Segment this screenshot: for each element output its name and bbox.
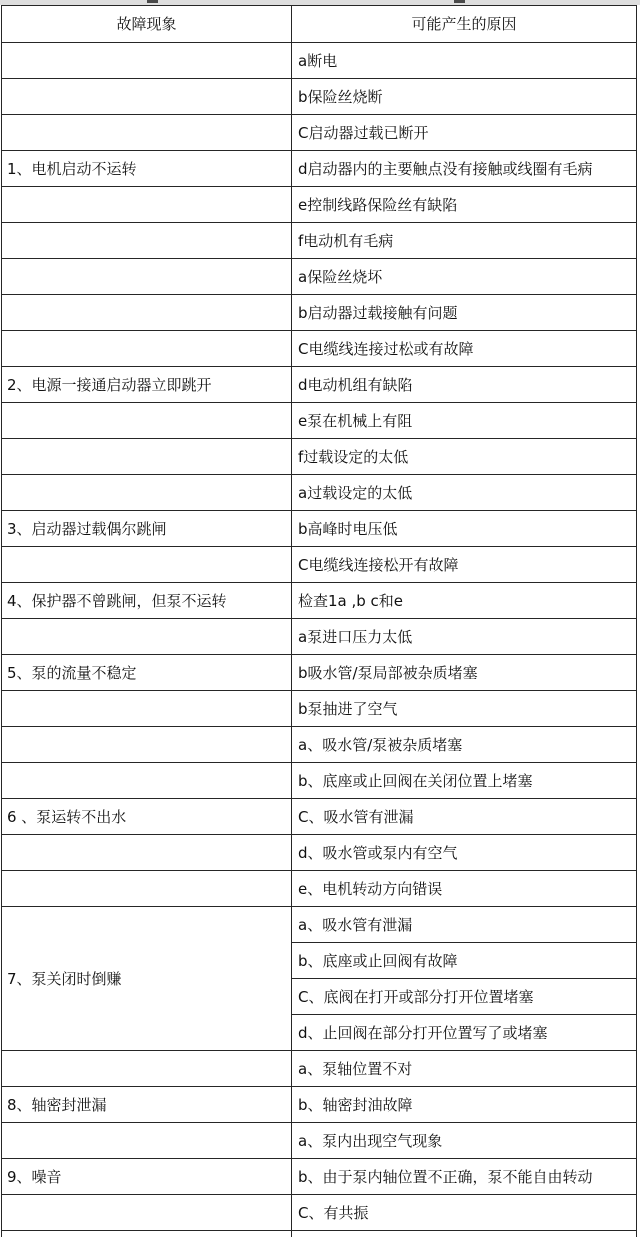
fault-cell — [2, 187, 292, 223]
cause-cell: b保险丝烧断 — [292, 79, 637, 115]
fault-cell: 3、启动器过载偶尔跳闸 — [2, 511, 292, 547]
table-row: f电动机有毛病 — [2, 223, 637, 259]
table-row: C启动器过载已断开 — [2, 115, 637, 151]
cause-cell: a泵进口压力太低 — [292, 619, 637, 655]
cause-cell: e、电机转动方向错误 — [292, 871, 637, 907]
cause-cell: d启动器内的主要触点没有接触或线圈有毛病 — [292, 151, 637, 187]
table-body: a断电b保险丝烧断C启动器过载已断开1、电机启动不运转d启动器内的主要触点没有接… — [2, 43, 637, 1237]
fault-cell — [2, 1231, 292, 1237]
cause-cell: C电缆线连接过松或有故障 — [292, 331, 637, 367]
cause-cell: C启动器过载已断开 — [292, 115, 637, 151]
cause-cell: f过载设定的太低 — [292, 439, 637, 475]
cause-cell: b吸水管/泵局部被杂质堵塞 — [292, 655, 637, 691]
cause-cell: b、底座或止回阀有故障 — [292, 943, 637, 979]
cut-off-glyph-fragment — [454, 0, 465, 3]
fault-cell — [2, 115, 292, 151]
cause-cell: a过载设定的太低 — [292, 475, 637, 511]
fault-cell — [2, 871, 292, 907]
fault-cell: 9、噪音 — [2, 1159, 292, 1195]
fault-cell — [2, 619, 292, 655]
fault-cell — [2, 1051, 292, 1087]
cause-cell: b、由于泵内轴位置不正确，泵不能自由转动 — [292, 1159, 637, 1195]
cause-cell: e控制线路保险丝有缺陷 — [292, 187, 637, 223]
table-row: e泵在机械上有阻 — [2, 403, 637, 439]
fault-cell: 5、泵的流量不稳定 — [2, 655, 292, 691]
cause-cell: C、吸水管有泄漏 — [292, 799, 637, 835]
table-row: a、泵轴位置不对 — [2, 1051, 637, 1087]
fault-cell — [2, 727, 292, 763]
fault-cell — [2, 691, 292, 727]
fault-cell — [2, 403, 292, 439]
table-row: 6 、泵运转不出水C、吸水管有泄漏 — [2, 799, 637, 835]
cause-cell: C、底阀在打开或部分打开位置堵塞 — [292, 979, 637, 1015]
table-row: a、泵内出现空气现象 — [2, 1123, 637, 1159]
cause-cell: a、泵内出现空气现象 — [292, 1123, 637, 1159]
table-row: 2、电源一接通启动器立即跳开d电动机组有缺陷 — [2, 367, 637, 403]
table-row: e、电机转动方向错误 — [2, 871, 637, 907]
table-row: b泵抽进了空气 — [2, 691, 637, 727]
cause-cell: f电动机有毛病 — [292, 223, 637, 259]
table-row: 4、保护器不曾跳闸，但泵不运转检查1a ,b c和e — [2, 583, 637, 619]
cause-cell: a、吸水管有泄漏 — [292, 907, 637, 943]
table-header: 故障现象 可能产生的原因 — [2, 6, 637, 43]
fault-cell: 7、泵关闭时倒赚 — [2, 907, 292, 1051]
cut-off-glyph-fragment — [147, 0, 158, 3]
table-row: a断电 — [2, 43, 637, 79]
table-row: d、吸水管或泵内有空气 — [2, 835, 637, 871]
partial-cut-off-row — [2, 1231, 637, 1237]
table-row: a、吸水管/泵被杂质堵塞 — [2, 727, 637, 763]
cause-cell: a保险丝烧坏 — [292, 259, 637, 295]
fault-cell — [2, 43, 292, 79]
cause-cell: C、有共振 — [292, 1195, 637, 1231]
fault-cell — [2, 1123, 292, 1159]
fault-cell — [2, 763, 292, 799]
fault-cause-table: 故障现象 可能产生的原因 a断电b保险丝烧断C启动器过载已断开1、电机启动不运转… — [1, 5, 637, 1237]
fault-cell — [2, 259, 292, 295]
table-row: f过载设定的太低 — [2, 439, 637, 475]
fault-cell: 2、电源一接通启动器立即跳开 — [2, 367, 292, 403]
cause-cell: b泵抽进了空气 — [292, 691, 637, 727]
cause-cell — [292, 1231, 637, 1237]
table-row: 5、泵的流量不稳定b吸水管/泵局部被杂质堵塞 — [2, 655, 637, 691]
table-row: 3、启动器过载偶尔跳闸b高峰时电压低 — [2, 511, 637, 547]
fault-cell — [2, 331, 292, 367]
fault-cell: 1、电机启动不运转 — [2, 151, 292, 187]
table-row: e控制线路保险丝有缺陷 — [2, 187, 637, 223]
fault-cell — [2, 475, 292, 511]
fault-cell — [2, 835, 292, 871]
table-row: C电缆线连接松开有故障 — [2, 547, 637, 583]
cause-cell: b、轴密封油故障 — [292, 1087, 637, 1123]
cause-cell: a、吸水管/泵被杂质堵塞 — [292, 727, 637, 763]
cause-cell: a断电 — [292, 43, 637, 79]
cause-cell: b、底座或止回阀在关闭位置上堵塞 — [292, 763, 637, 799]
table-row: a泵进口压力太低 — [2, 619, 637, 655]
header-fault-column: 故障现象 — [2, 6, 292, 43]
table-row: a保险丝烧坏 — [2, 259, 637, 295]
cause-cell: C电缆线连接松开有故障 — [292, 547, 637, 583]
table-row: b启动器过载接触有问题 — [2, 295, 637, 331]
table-row: 1、电机启动不运转d启动器内的主要触点没有接触或线圈有毛病 — [2, 151, 637, 187]
fault-cell — [2, 439, 292, 475]
table-row: C电缆线连接过松或有故障 — [2, 331, 637, 367]
cause-cell: e泵在机械上有阻 — [292, 403, 637, 439]
cause-cell: d电动机组有缺陷 — [292, 367, 637, 403]
table-row: a过载设定的太低 — [2, 475, 637, 511]
table-row: b保险丝烧断 — [2, 79, 637, 115]
fault-cell — [2, 547, 292, 583]
fault-cell: 6 、泵运转不出水 — [2, 799, 292, 835]
table-row: C、有共振 — [2, 1195, 637, 1231]
cause-cell: d、止回阀在部分打开位置写了或堵塞 — [292, 1015, 637, 1051]
table-row: 7、泵关闭时倒赚a、吸水管有泄漏 — [2, 907, 637, 943]
cause-cell: b高峰时电压低 — [292, 511, 637, 547]
header-row: 故障现象 可能产生的原因 — [2, 6, 637, 43]
cause-cell: a、泵轴位置不对 — [292, 1051, 637, 1087]
fault-cell — [2, 295, 292, 331]
fault-cell — [2, 79, 292, 115]
fault-cell — [2, 1195, 292, 1231]
fault-cell: 8、轴密封泄漏 — [2, 1087, 292, 1123]
fault-cell — [2, 223, 292, 259]
table-row: 8、轴密封泄漏b、轴密封油故障 — [2, 1087, 637, 1123]
cause-cell: d、吸水管或泵内有空气 — [292, 835, 637, 871]
header-cause-column: 可能产生的原因 — [292, 6, 637, 43]
cause-cell: b启动器过载接触有问题 — [292, 295, 637, 331]
table-row: b、底座或止回阀在关闭位置上堵塞 — [2, 763, 637, 799]
table-row: 9、噪音b、由于泵内轴位置不正确，泵不能自由转动 — [2, 1159, 637, 1195]
fault-cell: 4、保护器不曾跳闸，但泵不运转 — [2, 583, 292, 619]
cause-cell: 检查1a ,b c和e — [292, 583, 637, 619]
